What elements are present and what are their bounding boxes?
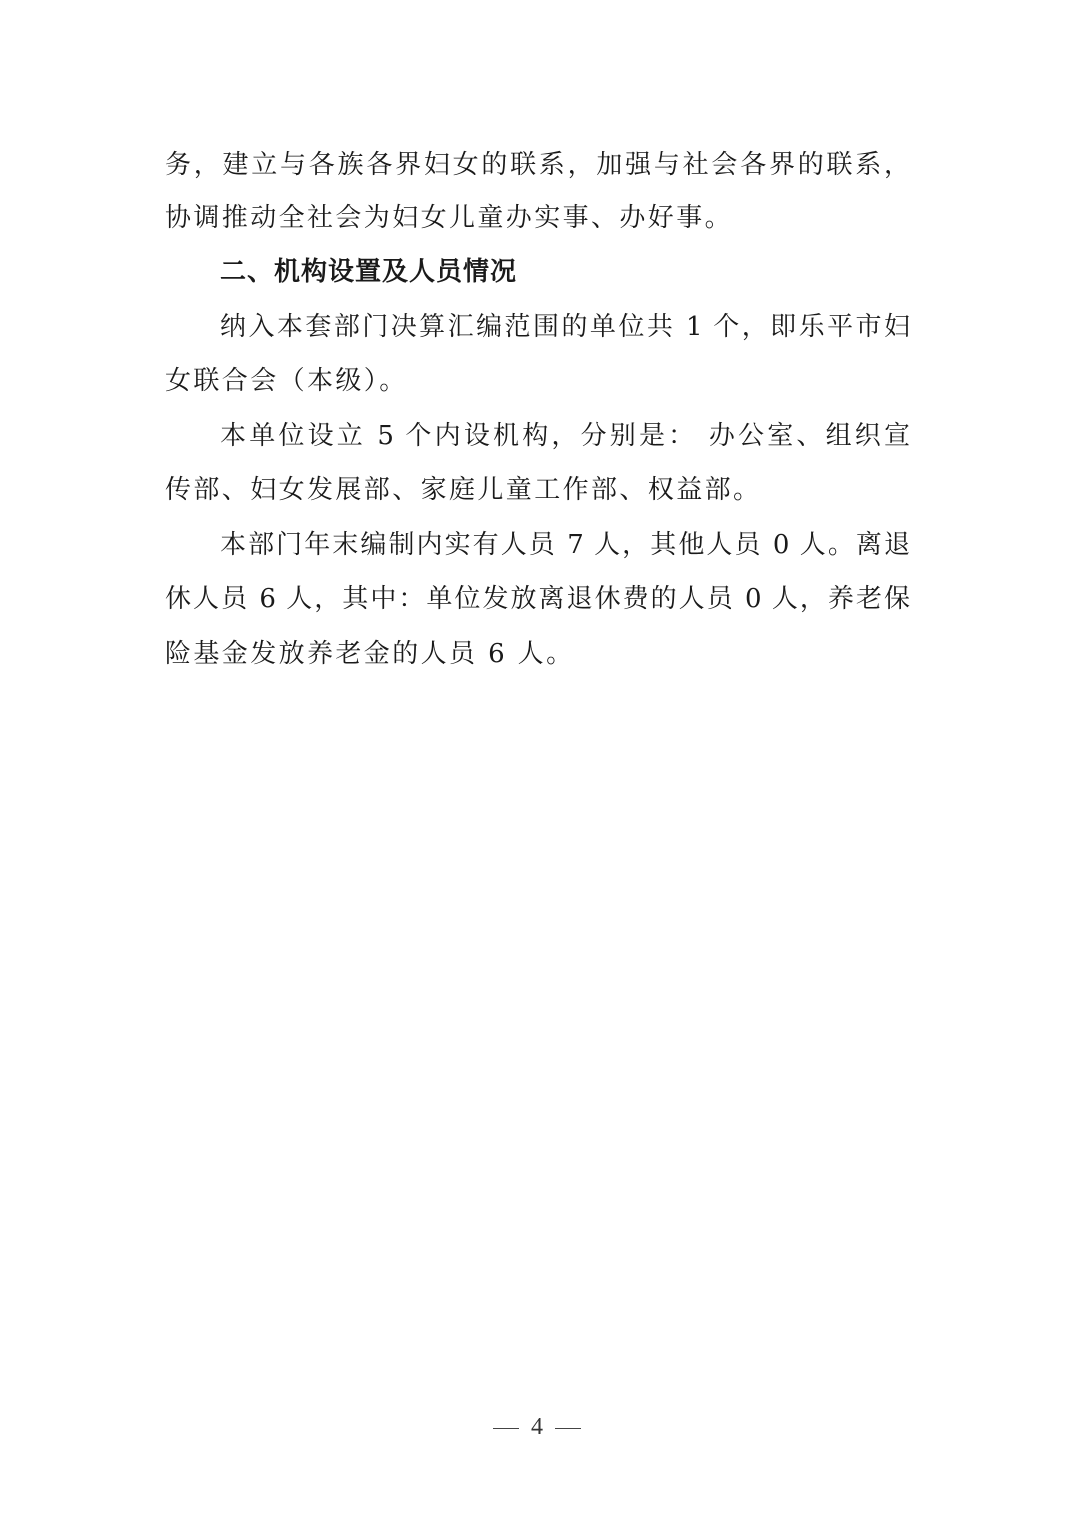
paragraph-line: 务，建立与各族各界妇女的联系，加强与社会各界的联系， bbox=[165, 145, 910, 185]
paragraph-line: 本部门年末编制内实有人员 7 人，其他人员 0 人。离退 bbox=[220, 525, 910, 565]
page-number: 4 bbox=[531, 1414, 543, 1440]
paragraph-line: 传部、妇女发展部、家庭儿童工作部、权益部。 bbox=[165, 470, 925, 510]
paragraph-line: 协调推动全社会为妇女儿童办实事、办好事。 bbox=[165, 198, 925, 238]
dash-left bbox=[493, 1428, 519, 1430]
paragraph-line: 险基金发放养老金的人员 6 人。 bbox=[165, 634, 925, 674]
section-heading: 二、机构设置及人员情况 bbox=[220, 252, 980, 292]
dash-right bbox=[555, 1428, 581, 1430]
paragraph-line: 女联合会（本级）。 bbox=[165, 361, 925, 401]
page-footer: 4 bbox=[0, 1410, 1074, 1444]
paragraph-line: 本单位设立 5 个内设机构，分别是： 办公室、组织宣 bbox=[220, 416, 910, 456]
paragraph-line: 休人员 6 人，其中：单位发放离退休费的人员 0 人，养老保 bbox=[165, 579, 910, 619]
document-page: 务，建立与各族各界妇女的联系，加强与社会各界的联系， 协调推动全社会为妇女儿童办… bbox=[0, 0, 1074, 1520]
paragraph-line: 纳入本套部门决算汇编范围的单位共 1 个，即乐平市妇 bbox=[220, 307, 910, 347]
